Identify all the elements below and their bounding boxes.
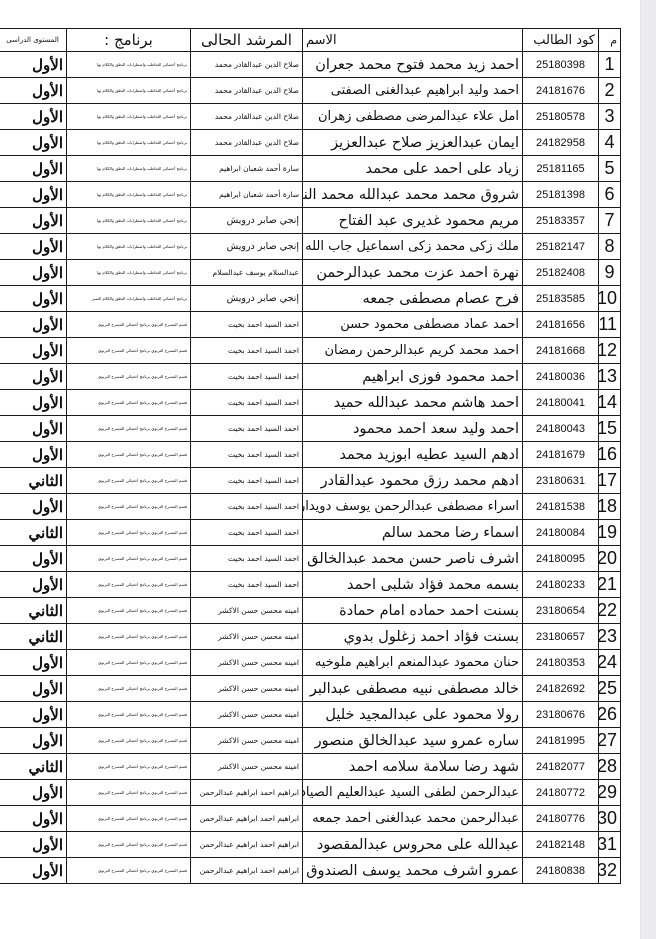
table-row: 3124182148عبدالله على محروس عبدالمقصوداب… (0, 832, 621, 858)
student-name: عبدالرحمن محمد عبدالغنى احمد جمعه (303, 806, 523, 832)
student-code: 24180095 (523, 546, 599, 572)
document-page: م كود الطالب الاسم المرشد الحالى برنامج … (0, 0, 640, 939)
program-name: قسم المسرح التربوي برنامج أخصائي المسرح … (67, 520, 191, 546)
student-name: احمد عماد مصطفى محمود حسن (303, 312, 523, 338)
row-index: 30 (599, 806, 621, 832)
student-name: عبدالرحمن لطفى السيد عبدالعليم الصياد (303, 780, 523, 806)
table-row: 2623180676رولا محمود على عبدالمجيد خليلا… (0, 702, 621, 728)
study-level: الأول (0, 832, 67, 858)
table-row: 2024180095اشرف ناصر حسن محمد عبدالخالقاح… (0, 546, 621, 572)
student-code: 24181656 (523, 312, 599, 338)
study-level: الأول (0, 494, 67, 520)
advisor-name: احمد السيد احمد بخيت (191, 364, 303, 390)
program-name: قسم المسرح التربوي برنامج أخصائي المسرح … (67, 624, 191, 650)
advisor-name: احمد السيد احمد بخيت (191, 494, 303, 520)
row-index: 1 (599, 52, 621, 78)
program-name: قسم المسرح التربوي برنامج أخصائي المسرح … (67, 442, 191, 468)
student-name: احمد محمود فوزى ابراهيم (303, 364, 523, 390)
advisor-name: احمد السيد احمد بخيت (191, 390, 303, 416)
row-index: 7 (599, 208, 621, 234)
student-name: ادهم السيد عطيه ابوزيد محمد (303, 442, 523, 468)
advisor-name: صلاح الدين عبدالقادر محمد (191, 104, 303, 130)
advisor-name: احمد السيد احمد بخيت (191, 520, 303, 546)
row-index: 3 (599, 104, 621, 130)
program-name: برنامج أخصائي التخاطب واضطرابات النطق وا… (67, 208, 191, 234)
program-name: قسم المسرح التربوي برنامج أخصائي المسرح … (67, 832, 191, 858)
program-name: قسم المسرح التربوي برنامج أخصائي المسرح … (67, 780, 191, 806)
table-row: 1224181668احمد محمد كريم عبدالرحمن رمضان… (0, 338, 621, 364)
student-name: ادهم محمد رزق محمود عبدالقادر (303, 468, 523, 494)
table-row: 2924180772عبدالرحمن لطفى السيد عبدالعليم… (0, 780, 621, 806)
program-name: برنامج أخصائي التخاطب واضطرابات النطق وا… (67, 52, 191, 78)
study-level: الأول (0, 728, 67, 754)
student-name: زياد على احمد على محمد (303, 156, 523, 182)
study-level: الثاني (0, 754, 67, 780)
student-name: احمد هاشم محمد عبدالله حميد (303, 390, 523, 416)
row-index: 18 (599, 494, 621, 520)
row-index: 13 (599, 364, 621, 390)
student-name: نهرة احمد عزت محمد عبدالرحمن (303, 260, 523, 286)
study-level: الثاني (0, 624, 67, 650)
study-level: الأول (0, 858, 67, 884)
advisor-name: عبدالسلام يوسف عبدالسلام (191, 260, 303, 286)
study-level: الأول (0, 364, 67, 390)
study-level: الأول (0, 130, 67, 156)
student-code: 25180578 (523, 104, 599, 130)
program-name: قسم المسرح التربوي برنامج أخصائي المسرح … (67, 312, 191, 338)
table-row: 224181676احمد وليد ابراهيم عبدالغنى الصف… (0, 78, 621, 104)
table-header-row: م كود الطالب الاسم المرشد الحالى برنامج … (0, 29, 621, 52)
student-code: 24180084 (523, 520, 599, 546)
row-index: 19 (599, 520, 621, 546)
table-row: 325180578امل علاء عبدالمرضى مصطفى زهرانص… (0, 104, 621, 130)
row-index: 21 (599, 572, 621, 598)
scrollbar-track[interactable] (640, 0, 656, 939)
program-name: قسم المسرح التربوي برنامج أخصائي المسرح … (67, 598, 191, 624)
row-index: 14 (599, 390, 621, 416)
program-name: قسم المسرح التربوي برنامج أخصائي المسرح … (67, 858, 191, 884)
student-code: 24180233 (523, 572, 599, 598)
student-name: بسنت احمد حماده امام حمادة (303, 598, 523, 624)
program-name: برنامج أخصائي التخاطب واضطرابات النطق وا… (67, 182, 191, 208)
student-code: 25183357 (523, 208, 599, 234)
student-name: اسراء مصطفى عبدالرحمن يوسف دويدار (303, 494, 523, 520)
advisor-name: إنجي صابر درويش (191, 208, 303, 234)
study-level: الأول (0, 650, 67, 676)
study-level: الأول (0, 104, 67, 130)
student-code: 25181398 (523, 182, 599, 208)
row-index: 27 (599, 728, 621, 754)
study-level: الأول (0, 572, 67, 598)
student-name: بسنت فؤاد احمد زغلول بدوي (303, 624, 523, 650)
program-name: قسم المسرح التربوي برنامج أخصائي المسرح … (67, 546, 191, 572)
student-code: 24180041 (523, 390, 599, 416)
advisor-name: إنجي صابر درويش (191, 234, 303, 260)
student-code: 24180036 (523, 364, 599, 390)
header-level: المستوى الدراسى (0, 29, 67, 52)
student-name: عبدالله على محروس عبدالمقصود (303, 832, 523, 858)
student-code: 24180353 (523, 650, 599, 676)
student-code: 24181995 (523, 728, 599, 754)
study-level: الأول (0, 156, 67, 182)
student-code: 24182958 (523, 130, 599, 156)
study-level: الأول (0, 416, 67, 442)
row-index: 10 (599, 286, 621, 312)
study-level: الأول (0, 312, 67, 338)
advisor-name: احمد السيد احمد بخيت (191, 572, 303, 598)
student-name: اسماء رضا محمد سالم (303, 520, 523, 546)
program-name: قسم المسرح التربوي برنامج أخصائي المسرح … (67, 338, 191, 364)
student-name: فرح عصام مصطفى جمعه (303, 286, 523, 312)
table-row: 2124180233بسمه محمد فؤاد شلبى احمداحمد ا… (0, 572, 621, 598)
advisor-name: احمد السيد احمد بخيت (191, 312, 303, 338)
table-row: 2223180654بسنت احمد حماده امام حمادةامين… (0, 598, 621, 624)
advisor-name: سارة أحمد شعبان ابراهيم (191, 156, 303, 182)
table-row: 725183357مريم محمود غديرى عبد الفتاحإنجي… (0, 208, 621, 234)
advisor-name: احمد السيد احمد بخيت (191, 416, 303, 442)
advisor-name: صلاح الدين عبدالقادر محمد (191, 78, 303, 104)
student-name: احمد زيد محمد فتوح محمد جعران (303, 52, 523, 78)
study-level: الأول (0, 78, 67, 104)
student-code: 23180657 (523, 624, 599, 650)
student-code: 23180676 (523, 702, 599, 728)
program-name: قسم المسرح التربوي برنامج أخصائي المسرح … (67, 416, 191, 442)
table-row: 424182958ايمان عبدالعزيز صلاح عبدالعزيزص… (0, 130, 621, 156)
student-name: احمد وليد سعد احمد محمود (303, 416, 523, 442)
row-index: 9 (599, 260, 621, 286)
program-name: برنامج أخصائي التخاطب واضطرابات النطق وا… (67, 260, 191, 286)
header-student-code: كود الطالب (523, 29, 599, 52)
row-index: 31 (599, 832, 621, 858)
program-name: قسم المسرح التربوي برنامج أخصائي المسرح … (67, 390, 191, 416)
table-row: 825182147ملك زكى محمد زكى اسماعيل جاب ال… (0, 234, 621, 260)
student-code: 25182408 (523, 260, 599, 286)
row-index: 29 (599, 780, 621, 806)
row-index: 26 (599, 702, 621, 728)
advisor-name: إنجي صابر درويش (191, 286, 303, 312)
advisor-name: امينه محسن حسن الاكشر (191, 650, 303, 676)
row-index: 24 (599, 650, 621, 676)
program-name: قسم المسرح التربوي برنامج أخصائي المسرح … (67, 650, 191, 676)
table-row: 2323180657بسنت فؤاد احمد زغلول بدويامينه… (0, 624, 621, 650)
student-code: 24181676 (523, 78, 599, 104)
student-name: امل علاء عبدالمرضى مصطفى زهران (303, 104, 523, 130)
table-row: 1624181679ادهم السيد عطيه ابوزيد محمداحم… (0, 442, 621, 468)
program-name: برنامج أخصائي التخاطب واضطرابات النطق وا… (67, 104, 191, 130)
header-name: الاسم (303, 29, 523, 52)
advisor-name: احمد السيد احمد بخيت (191, 442, 303, 468)
program-name: قسم المسرح التربوي برنامج أخصائي المسرح … (67, 806, 191, 832)
student-name: حنان محمود عبدالمنعم ابراهيم ملوخيه (303, 650, 523, 676)
student-name: مريم محمود غديرى عبد الفتاح (303, 208, 523, 234)
study-level: الثاني (0, 468, 67, 494)
program-name: قسم المسرح التربوي برنامج أخصائي المسرح … (67, 728, 191, 754)
row-index: 22 (599, 598, 621, 624)
table-row: 1524180043احمد وليد سعد احمد محموداحمد ا… (0, 416, 621, 442)
table-row: 925182408نهرة احمد عزت محمد عبدالرحمنعبد… (0, 260, 621, 286)
table-row: 125180398احمد زيد محمد فتوح محمد جعرانصل… (0, 52, 621, 78)
table-row: 1324180036احمد محمود فوزى ابراهيماحمد ال… (0, 364, 621, 390)
table-row: 3024180776عبدالرحمن محمد عبدالغنى احمد ج… (0, 806, 621, 832)
study-level: الأول (0, 234, 67, 260)
study-level: الأول (0, 676, 67, 702)
student-code: 24180772 (523, 780, 599, 806)
student-name: ايمان عبدالعزيز صلاح عبدالعزيز (303, 130, 523, 156)
advisor-name: صلاح الدين عبدالقادر محمد (191, 52, 303, 78)
student-code: 24181679 (523, 442, 599, 468)
study-level: الأول (0, 390, 67, 416)
header-index: م (599, 29, 621, 52)
advisor-name: ابراهيم احمد ابراهيم عبدالرحمن (191, 806, 303, 832)
program-name: برنامج أخصائي التخاطب واضطرابات النطق وا… (67, 78, 191, 104)
table-row: 1424180041احمد هاشم محمد عبدالله حميداحم… (0, 390, 621, 416)
student-code: 24181668 (523, 338, 599, 364)
program-name: قسم المسرح التربوي برنامج أخصائي المسرح … (67, 468, 191, 494)
advisor-name: احمد السيد احمد بخيت (191, 468, 303, 494)
table-row: 525181165زياد على احمد على محمدسارة أحمد… (0, 156, 621, 182)
student-name: بسمه محمد فؤاد شلبى احمد (303, 572, 523, 598)
study-level: الأول (0, 806, 67, 832)
row-index: 20 (599, 546, 621, 572)
program-name: قسم المسرح التربوي برنامج أخصائي المسرح … (67, 676, 191, 702)
advisor-name: احمد السيد احمد بخيت (191, 338, 303, 364)
row-index: 2 (599, 78, 621, 104)
student-code: 24181538 (523, 494, 599, 520)
student-name: رولا محمود على عبدالمجيد خليل (303, 702, 523, 728)
row-index: 6 (599, 182, 621, 208)
program-name: قسم المسرح التربوي برنامج أخصائي المسرح … (67, 572, 191, 598)
program-name: قسم المسرح التربوي برنامج أخصائي المسرح … (67, 494, 191, 520)
row-index: 17 (599, 468, 621, 494)
student-name: احمد محمد كريم عبدالرحمن رمضان (303, 338, 523, 364)
student-code: 24182077 (523, 754, 599, 780)
student-name: ملك زكى محمد زكى اسماعيل جاب الله (303, 234, 523, 260)
student-code: 24180838 (523, 858, 599, 884)
advisor-name: امينه محسن حسن الاكشر (191, 624, 303, 650)
student-code: 25181165 (523, 156, 599, 182)
student-code: 23180654 (523, 598, 599, 624)
study-level: الأول (0, 702, 67, 728)
row-index: 12 (599, 338, 621, 364)
table-row: 1924180084اسماء رضا محمد سالماحمد السيد … (0, 520, 621, 546)
student-code: 25180398 (523, 52, 599, 78)
table-row: 1025183585فرح عصام مصطفى جمعهإنجي صابر د… (0, 286, 621, 312)
row-index: 8 (599, 234, 621, 260)
table-row: 1723180631ادهم محمد رزق محمود عبدالقادرا… (0, 468, 621, 494)
table-row: 2724181995ساره عمرو سيد عبدالخالق منصورا… (0, 728, 621, 754)
student-name: اشرف ناصر حسن محمد عبدالخالق (303, 546, 523, 572)
student-name: عمرو اشرف محمد يوسف الصندوق (303, 858, 523, 884)
row-index: 4 (599, 130, 621, 156)
study-level: الأول (0, 338, 67, 364)
study-level: الأول (0, 780, 67, 806)
study-level: الأول (0, 260, 67, 286)
advisor-name: امينه محسن حسن الاكشر (191, 702, 303, 728)
program-name: برنامج أخصائي التخاطب واضطرابات النطق وا… (67, 286, 191, 312)
row-index: 5 (599, 156, 621, 182)
row-index: 15 (599, 416, 621, 442)
program-name: برنامج أخصائي التخاطب واضطرابات النطق وا… (67, 130, 191, 156)
header-program: برنامج : (67, 29, 191, 52)
program-name: قسم المسرح التربوي برنامج أخصائي المسرح … (67, 754, 191, 780)
student-name: شهد رضا سلامة سلامه احمد (303, 754, 523, 780)
advisor-name: ابراهيم احمد ابراهيم عبدالرحمن (191, 832, 303, 858)
student-code: 24180776 (523, 806, 599, 832)
row-index: 25 (599, 676, 621, 702)
student-code: 25182147 (523, 234, 599, 260)
student-code: 24182148 (523, 832, 599, 858)
student-name: احمد وليد ابراهيم عبدالغنى الصفتى (303, 78, 523, 104)
study-level: الثاني (0, 598, 67, 624)
table-row: 2424180353حنان محمود عبدالمنعم ابراهيم م… (0, 650, 621, 676)
advisor-name: سارة أحمد شعبان ابراهيم (191, 182, 303, 208)
row-index: 32 (599, 858, 621, 884)
table-row: 625181398شروق محمد محمد عبدالله محمد الن… (0, 182, 621, 208)
row-index: 23 (599, 624, 621, 650)
table-row: 3224180838عمرو اشرف محمد يوسف الصندوقابر… (0, 858, 621, 884)
student-name: شروق محمد محمد عبدالله محمد النجار (303, 182, 523, 208)
student-name: ساره عمرو سيد عبدالخالق منصور (303, 728, 523, 754)
study-level: الأول (0, 182, 67, 208)
row-index: 28 (599, 754, 621, 780)
table-row: 1824181538اسراء مصطفى عبدالرحمن يوسف دوي… (0, 494, 621, 520)
advisor-name: ابراهيم احمد ابراهيم عبدالرحمن (191, 780, 303, 806)
advisor-name: امينه محسن حسن الاكشر (191, 598, 303, 624)
row-index: 11 (599, 312, 621, 338)
student-code: 25183585 (523, 286, 599, 312)
table-row: 1124181656احمد عماد مصطفى محمود حسناحمد … (0, 312, 621, 338)
program-name: قسم المسرح التربوي برنامج أخصائي المسرح … (67, 702, 191, 728)
study-level: الأول (0, 546, 67, 572)
study-level: الثاني (0, 520, 67, 546)
table-row: 2824182077شهد رضا سلامة سلامه احمدامينه … (0, 754, 621, 780)
study-level: الأول (0, 442, 67, 468)
program-name: برنامج أخصائي التخاطب واضطرابات النطق وا… (67, 156, 191, 182)
header-advisor: المرشد الحالى (191, 29, 303, 52)
row-index: 16 (599, 442, 621, 468)
student-name: خالد مصطفى نبيه مصطفى عبدالبر (303, 676, 523, 702)
student-code: 24182692 (523, 676, 599, 702)
student-roster-table: م كود الطالب الاسم المرشد الحالى برنامج … (0, 28, 621, 884)
advisor-name: امينه محسن حسن الاكشر (191, 754, 303, 780)
advisor-name: صلاح الدين عبدالقادر محمد (191, 130, 303, 156)
advisor-name: امينه محسن حسن الاكشر (191, 676, 303, 702)
program-name: برنامج أخصائي التخاطب واضطرابات النطق وا… (67, 234, 191, 260)
advisor-name: احمد السيد احمد بخيت (191, 546, 303, 572)
study-level: الأول (0, 286, 67, 312)
program-name: قسم المسرح التربوي برنامج أخصائي المسرح … (67, 364, 191, 390)
advisor-name: امينه محسن حسن الاكشر (191, 728, 303, 754)
student-code: 24180043 (523, 416, 599, 442)
study-level: الأول (0, 52, 67, 78)
table-row: 2524182692خالد مصطفى نبيه مصطفى عبدالبرا… (0, 676, 621, 702)
advisor-name: ابراهيم احمد ابراهيم عبدالرحمن (191, 858, 303, 884)
student-code: 23180631 (523, 468, 599, 494)
study-level: الأول (0, 208, 67, 234)
